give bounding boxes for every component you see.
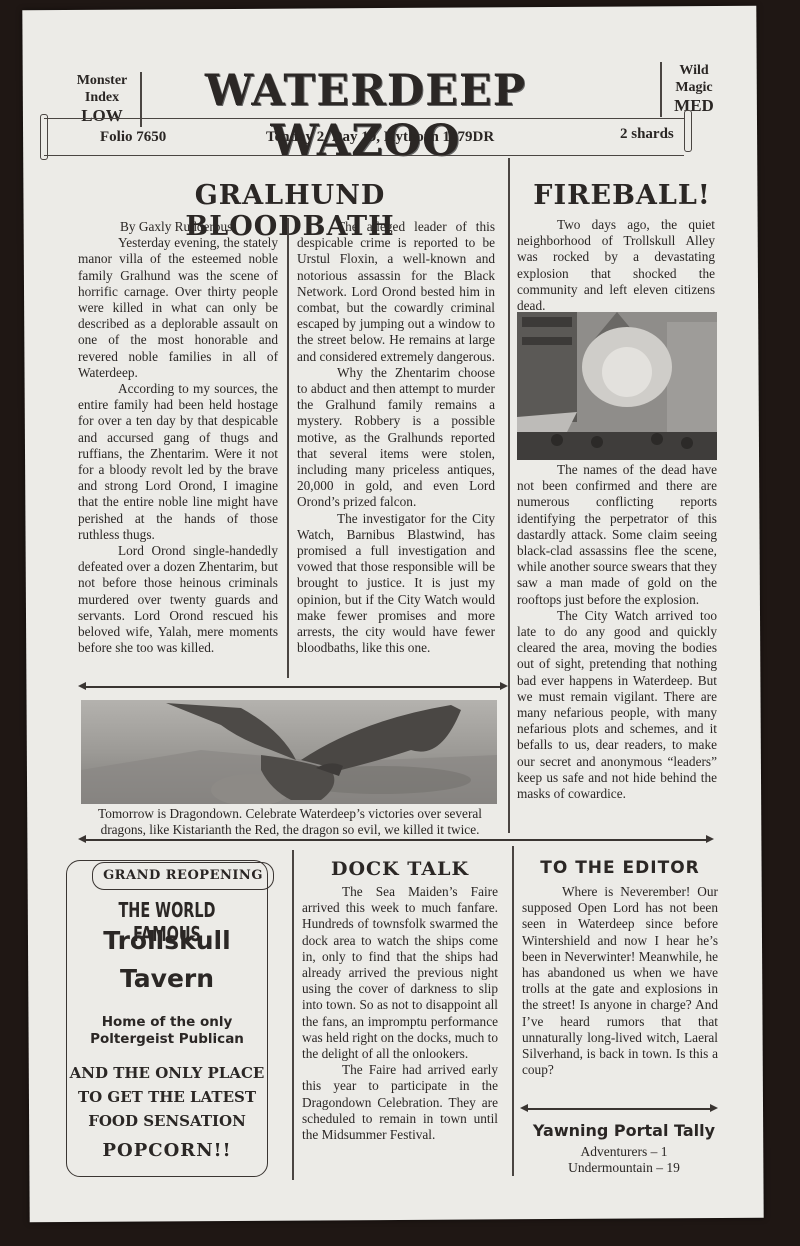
fireball-paragraph: Two days ago, the quiet neighborhood of … [517,217,715,314]
lead-column-1: By Gaxly Rudderbust Yesterday evening, t… [78,219,278,656]
dock-talk-body: The Sea Maiden’s Faire arrived this week… [302,884,498,1143]
wild-magic-value: MED [664,96,724,116]
ad-line: Poltergeist Publican [66,1031,268,1047]
ad-line: FOOD SENSATION [66,1112,268,1130]
fireball-body: The names of the dead have not been conf… [517,462,717,802]
wild-magic-label-1: Wild [664,62,724,79]
ad-banner: GRAND REOPENING [92,862,274,890]
editor-body: Where is Neverember! Our supposed Open L… [522,884,718,1078]
street-explosion-image [517,312,717,460]
ad-line: Tavern [66,964,268,993]
section-divider-arrow [86,839,706,841]
folio-number: Folio 7650 [100,129,166,146]
tally-row-undermountain: Undermountain – 19 [520,1160,728,1176]
byline: By Gaxly Rudderbust [78,219,278,235]
dock-talk-paragraph: The Sea Maiden’s Faire arrived this week… [302,884,498,1062]
lead-paragraph: According to my sources, the entire fami… [78,381,278,543]
fireball-paragraph: The City Watch arrived too late to do an… [517,608,717,802]
wild-magic-box: Wild Magic MED [664,62,724,116]
section-divider-arrow [528,1108,710,1110]
editor-headline: TO THE EDITOR [520,858,720,878]
section-divider-arrow [86,686,500,688]
scroll-end-right [684,110,692,152]
ad-line: AND THE ONLY PLACE [66,1064,268,1082]
editor-paragraph: Where is Neverember! Our supposed Open L… [522,884,718,1078]
wild-magic-label-2: Magic [664,79,724,96]
fireball-intro: Two days ago, the quiet neighborhood of … [517,217,715,314]
dragon-flying-image [81,700,497,804]
dock-talk-paragraph: The Faire had arrived early this year to… [302,1062,498,1143]
fireball-headline: FIREBALL! [517,180,727,211]
lead-paragraph: The alleged leader of this despicable cr… [297,219,495,365]
tally-title: Yawning Portal Tally [520,1121,728,1140]
lead-paragraph: Why the Zhentarim choose to abduct and t… [297,365,495,511]
dragon-photo-caption: Tomorrow is Dragondown. Celebrate Waterd… [81,806,499,838]
ad-line: TO GET THE LATEST [66,1088,268,1106]
lead-column-2: The alleged leader of this despicable cr… [297,219,495,656]
issue-date: Tenday 2, Day 19, Kythorn 1479DR [266,129,494,146]
masthead-divider-right [660,62,662,117]
main-column-divider [508,158,510,833]
dock-talk-headline: DOCK TALK [300,858,500,880]
column-divider [287,218,289,678]
lead-paragraph: The investigator for the City Watch, Bar… [297,511,495,657]
lead-paragraph: Lord Orond single-handedly defeated over… [78,543,278,656]
fireball-paragraph: The names of the dead have not been conf… [517,462,717,608]
ad-line: Home of the only [66,1014,268,1030]
column-divider [292,850,294,1180]
ad-line: Trollskull [66,926,268,955]
column-divider [512,846,514,1176]
lead-paragraph: Yesterday evening, the stately manor vil… [78,235,278,381]
tally-row-adventurers: Adventurers – 1 [520,1144,728,1160]
issue-price: 2 shards [620,126,674,143]
ad-line: POPCORN!! [66,1140,268,1161]
